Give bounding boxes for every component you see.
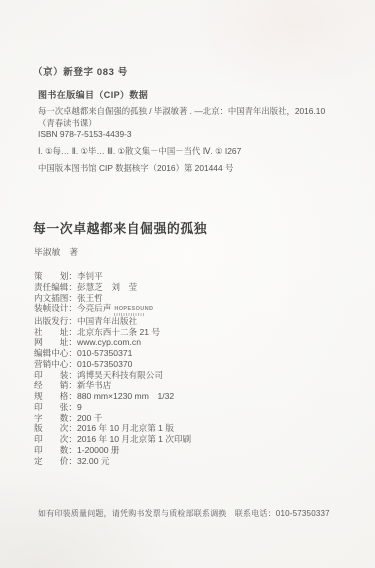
colophon-value: 1-20000 册 [77,445,120,455]
author-line: 毕淑敏 著 [34,245,78,258]
cip-series-line: （青春读书课） [38,118,358,130]
colophon-label: 策 划： [34,271,77,282]
colophon-value: 200 千 [77,413,102,423]
colophon-value: 010-57350371 [77,348,132,358]
colophon-row: 策 划：李钊平 [34,271,354,282]
colophon-value: 新华书店 [77,380,111,390]
colophon-row: 社 址：北京东西十二条 21 号 [34,327,354,338]
cip-isbn: ISBN 978-7-5153-4439-3 [38,129,358,141]
colophon-value: 2016 年 10 月北京第 1 版 [77,423,174,433]
colophon-label: 出版发行： [34,316,77,327]
colophon-label: 装帧设计： [34,303,77,314]
colophon-row: 印 装：鸿博昊天科技有限公司 [34,370,354,381]
colophon-row: 定 价：32.00 元 [34,456,354,467]
colophon-value: 9 [77,402,82,412]
cip-record-number: 中国版本图书馆 CIP 数据核字（2016）第 201444 号 [38,162,233,174]
colophon-row: 编辑中心：010-57350371 [34,348,354,359]
colophon-list: 策 划：李钊平责任编辑：彭慧芝 刘 莹内文插图：张王哲装帧设计：今亮后声HOPE… [34,271,354,466]
colophon-row: 版 次：2016 年 10 月北京第 1 版 [34,423,354,434]
footer-note: 如有印装质量问题，请凭购书发票与质检部联系调换 联系电话：010-5735033… [38,508,330,519]
colophon-row: 责任编辑：彭慧芝 刘 莹 [34,282,354,293]
cip-title-line: 每一次卓越都来自倔强的孤独 / 毕淑敏著 . —北京：中国青年出版社，2016.… [38,106,358,118]
colophon-label: 印 数： [34,445,77,456]
colophon-label: 编辑中心： [34,348,77,359]
colophon-label: 内文插图： [34,293,77,304]
colophon-value: 010-57350370 [77,359,132,369]
colophon-row: 出版发行：中国青年出版社 [34,316,354,327]
colophon-row: 内文插图：张王哲 [34,293,354,304]
colophon-row: 印 次：2016 年 10 月北京第 1 次印刷 [34,434,354,445]
colophon-row: 营销中心：010-57350370 [34,359,354,370]
colophon-label: 字 数： [34,413,77,424]
colophon-value: www.cyp.com.cn [77,337,141,347]
colophon-row: 装帧设计：今亮后声HOPESOUND [34,303,354,316]
colophon-label: 规 格： [34,391,77,402]
cip-header: 图书在版编目（CIP）数据 [38,88,148,101]
colophon-label: 印 张： [34,402,77,413]
page-title: 每一次卓越都来自倔强的孤独 [33,218,207,237]
colophon-label: 社 址： [34,327,77,338]
colophon-value: 中国青年出版社 [77,316,137,326]
design-studio-logo: HOPESOUND [114,307,153,316]
colophon-value: 鸿博昊天科技有限公司 [77,370,163,380]
colophon-label: 版 次： [34,423,77,434]
colophon-label: 经 销： [34,380,77,391]
colophon-row: 印 张：9 [34,402,354,413]
colophon-label: 印 装： [34,370,77,381]
colophon-value: 李钊平 [77,271,103,281]
colophon-value: 32.00 元 [77,456,110,466]
colophon-value: 今亮后声 [77,303,111,313]
colophon-row: 规 格：880 mm×1230 mm 1/32 [34,391,354,402]
registration-number: （京）新登字 083 号 [33,64,128,78]
colophon-label: 网 址： [34,337,77,348]
colophon-label: 责任编辑： [34,282,77,293]
colophon-value: 2016 年 10 月北京第 1 次印刷 [77,434,191,444]
colophon-row: 经 销：新华书店 [34,380,354,391]
colophon-value: 880 mm×1230 mm 1/32 [77,391,174,401]
colophon-value: 张王哲 [77,293,103,303]
design-studio-brand-text: HOPESOUND [114,307,153,313]
cip-block: 每一次卓越都来自倔强的孤独 / 毕淑敏著 . —北京：中国青年出版社，2016.… [38,106,358,158]
colophon-label: 营销中心： [34,359,77,370]
colophon-label: 印 次： [34,434,77,445]
colophon-row: 网 址：www.cyp.com.cn [34,337,354,348]
colophon-value: 彭慧芝 刘 莹 [77,282,137,292]
book-copyright-page: { "page": { "registration": "（京）新登字 083 … [0,0,375,568]
colophon-row: 印 数：1-20000 册 [34,445,354,456]
colophon-row: 字 数：200 千 [34,413,354,424]
colophon-value: 北京东西十二条 21 号 [77,327,160,337]
colophon-label: 定 价： [34,456,77,467]
cip-classification: Ⅰ. ①每… Ⅱ. ①毕… Ⅲ. ①散文集－中国－当代 Ⅳ. ① I267 [38,146,358,158]
